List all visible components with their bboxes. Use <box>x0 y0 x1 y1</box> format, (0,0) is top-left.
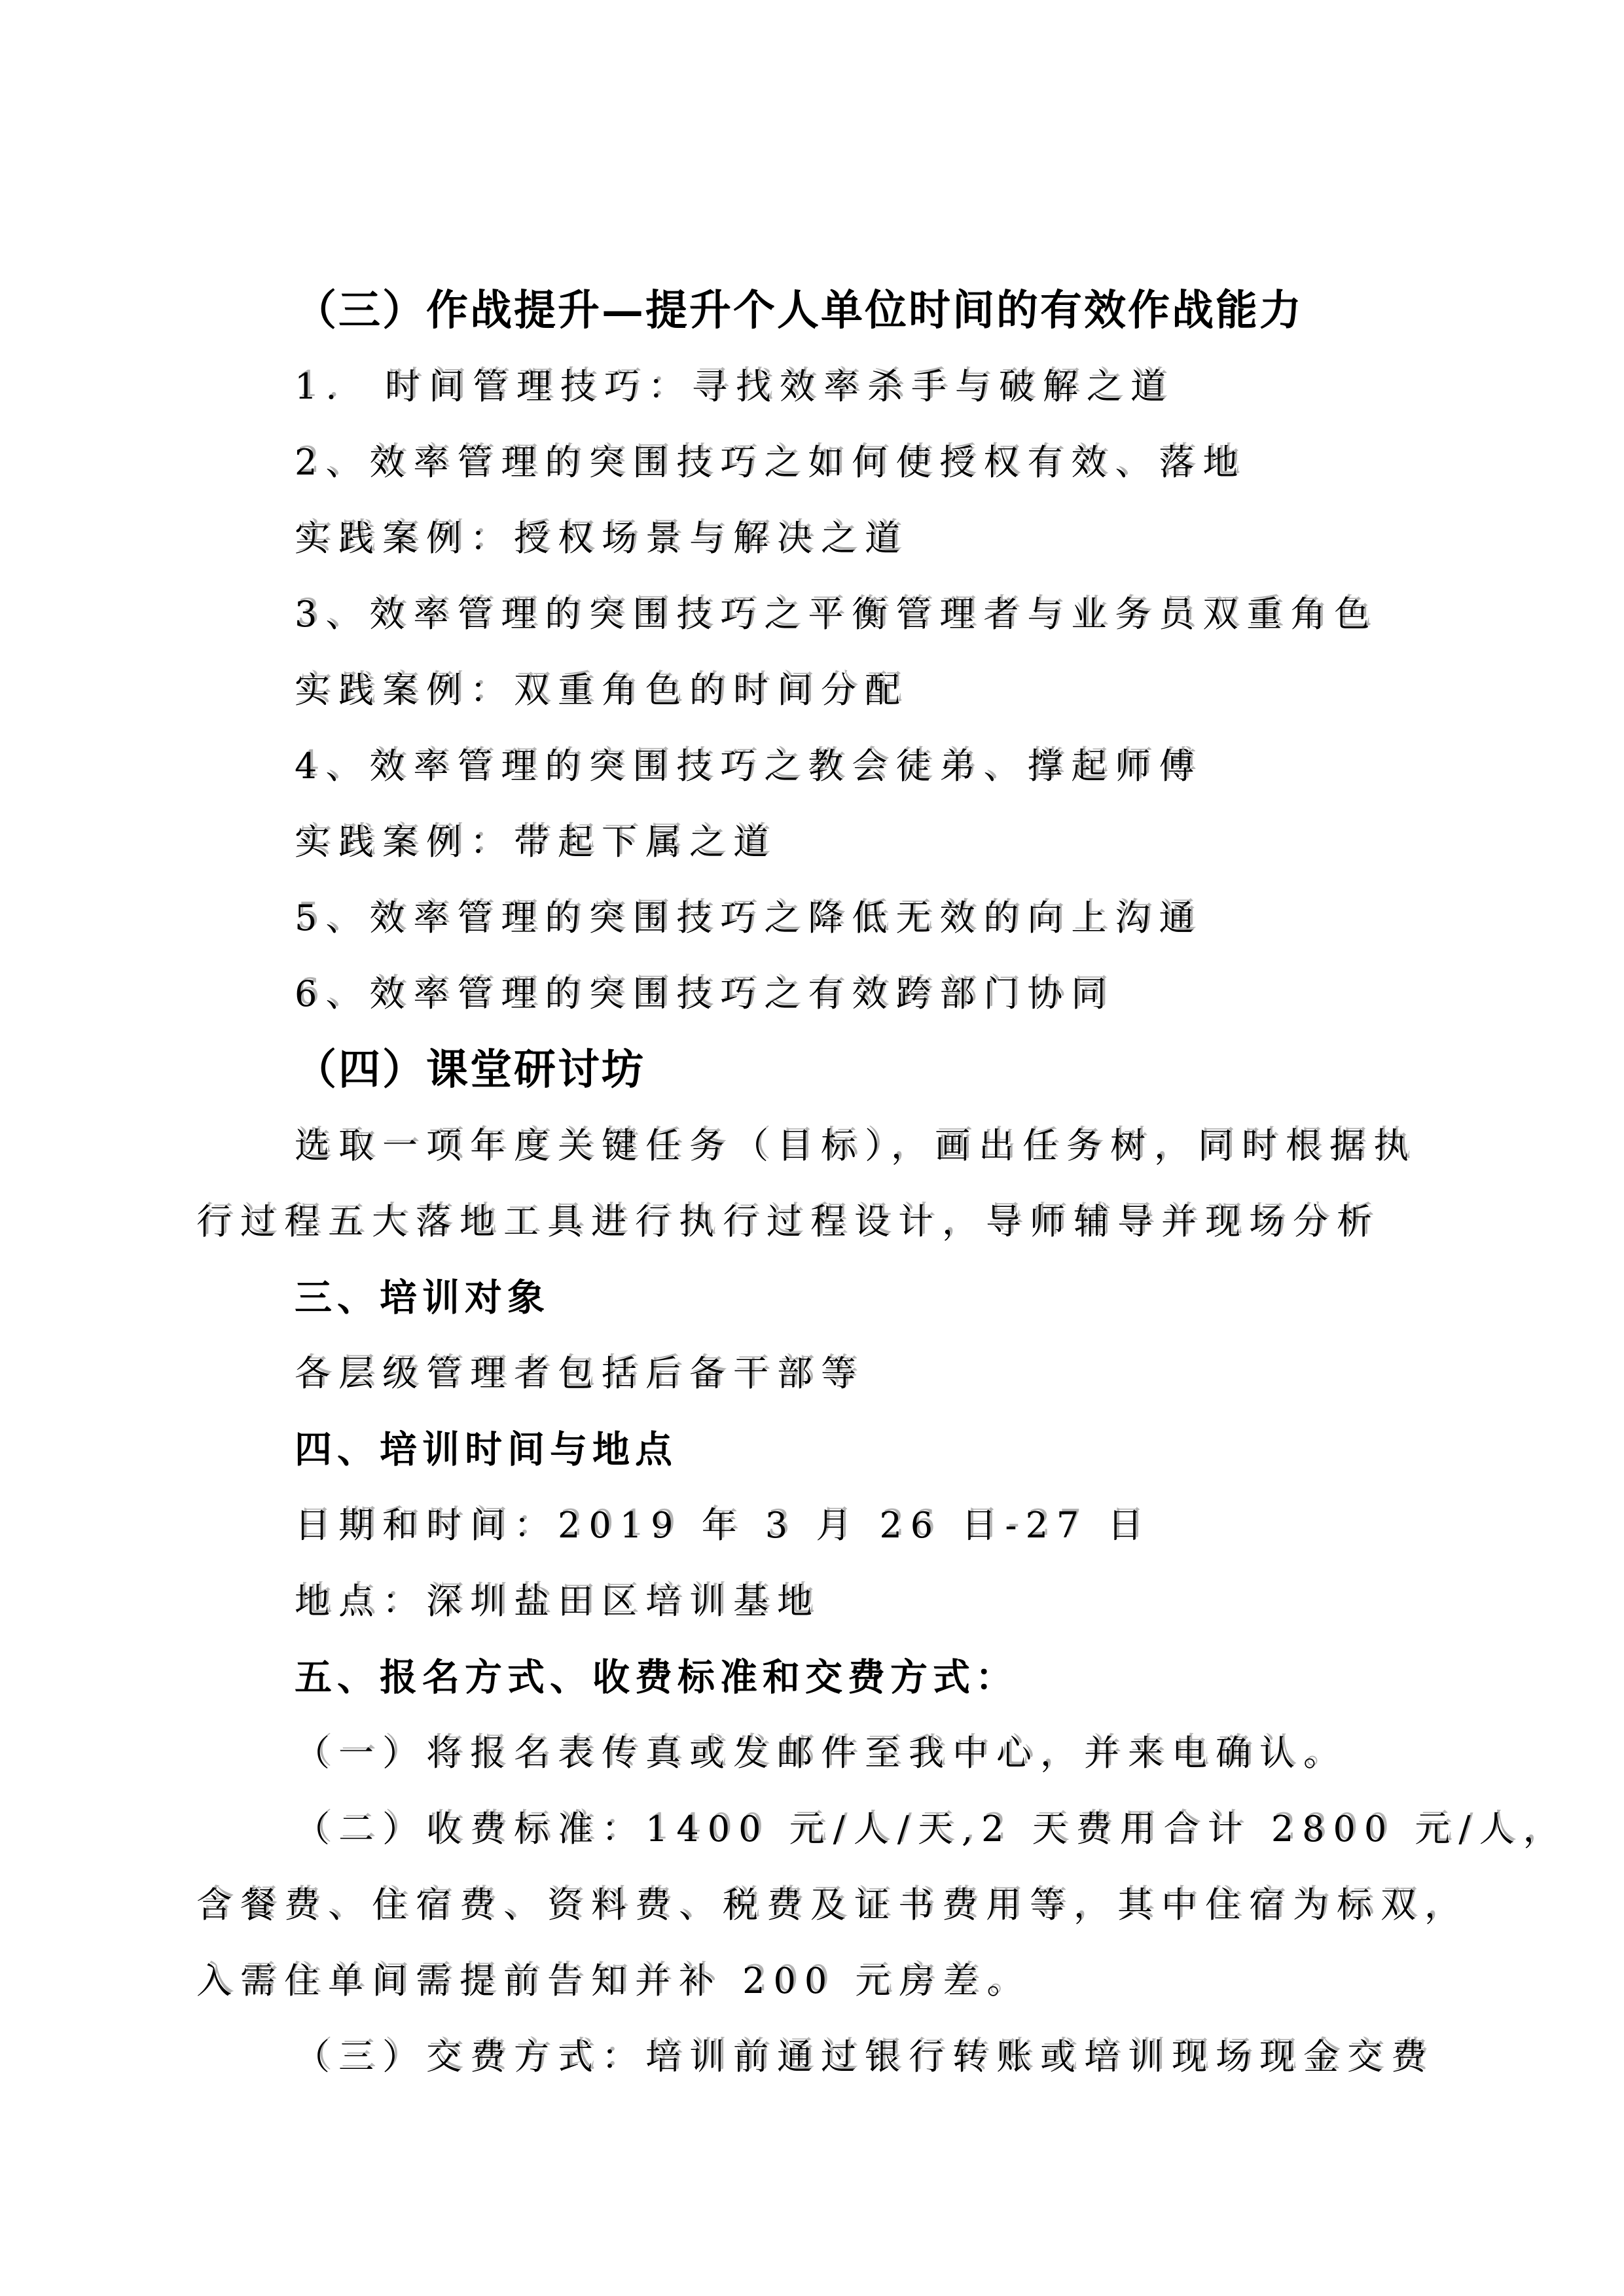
document-page: （三）作战提升—提升个人单位时间的有效作战能力 1. 时间管理技巧：寻找效率杀手… <box>0 0 1624 2296</box>
document-line: 行过程五大落地工具进行执行过程设计，导师辅导并现场分析 <box>196 1184 1453 1260</box>
document-line: 入需住单间需提前告知并补 200 元房差。 <box>196 1943 1453 2019</box>
document-line: 各层级管理者包括后备干部等 <box>196 1336 1453 1412</box>
document-line: 实践案例：带起下属之道 <box>196 804 1453 880</box>
document-line: 实践案例：授权场景与解决之道 <box>196 501 1453 577</box>
document-line: （一）将报名表传真或发邮件至我中心，并来电确认。 <box>196 1715 1453 1791</box>
document-line: 实践案例：双重角色的时间分配 <box>196 653 1453 728</box>
document-line: 5、效率管理的突围技巧之降低无效的向上沟通 <box>196 880 1453 956</box>
section-heading-battle-improvement: （三）作战提升—提升个人单位时间的有效作战能力 <box>196 273 1453 349</box>
document-content: （三）作战提升—提升个人单位时间的有效作战能力 1. 时间管理技巧：寻找效率杀手… <box>196 273 1453 2095</box>
document-line: （三）交费方式：培训前通过银行转账或培训现场现金交费 <box>196 2019 1453 2095</box>
document-line: 含餐费、住宿费、资料费、税费及证书费用等，其中住宿为标双， <box>196 1867 1453 1943</box>
document-line: 2、效率管理的突围技巧之如何使授权有效、落地 <box>196 425 1453 501</box>
document-line: 4、效率管理的突围技巧之教会徒弟、撑起师傅 <box>196 728 1453 804</box>
document-line: 地点：深圳盐田区培训基地 <box>196 1564 1453 1640</box>
section-heading-registration-fees: 五、报名方式、收费标准和交费方式： <box>196 1640 1453 1715</box>
document-line: 3、效率管理的突围技巧之平衡管理者与业务员双重角色 <box>196 577 1453 653</box>
section-heading-training-audience: 三、培训对象 <box>196 1260 1453 1336</box>
document-line: 1. 时间管理技巧：寻找效率杀手与破解之道 <box>196 349 1453 425</box>
document-line: 日期和时间：2019 年 3 月 26 日-27 日 <box>196 1488 1453 1564</box>
section-heading-training-time-place: 四、培训时间与地点 <box>196 1412 1453 1488</box>
document-line: 6、效率管理的突围技巧之有效跨部门协同 <box>196 956 1453 1032</box>
document-line: （二）收费标准：1400 元/人/天,2 天费用合计 2800 元/人， <box>196 1791 1453 1867</box>
document-line: 选取一项年度关键任务（目标），画出任务树，同时根据执 <box>196 1108 1453 1184</box>
section-heading-classroom-workshop: （四）课堂研讨坊 <box>196 1032 1453 1108</box>
